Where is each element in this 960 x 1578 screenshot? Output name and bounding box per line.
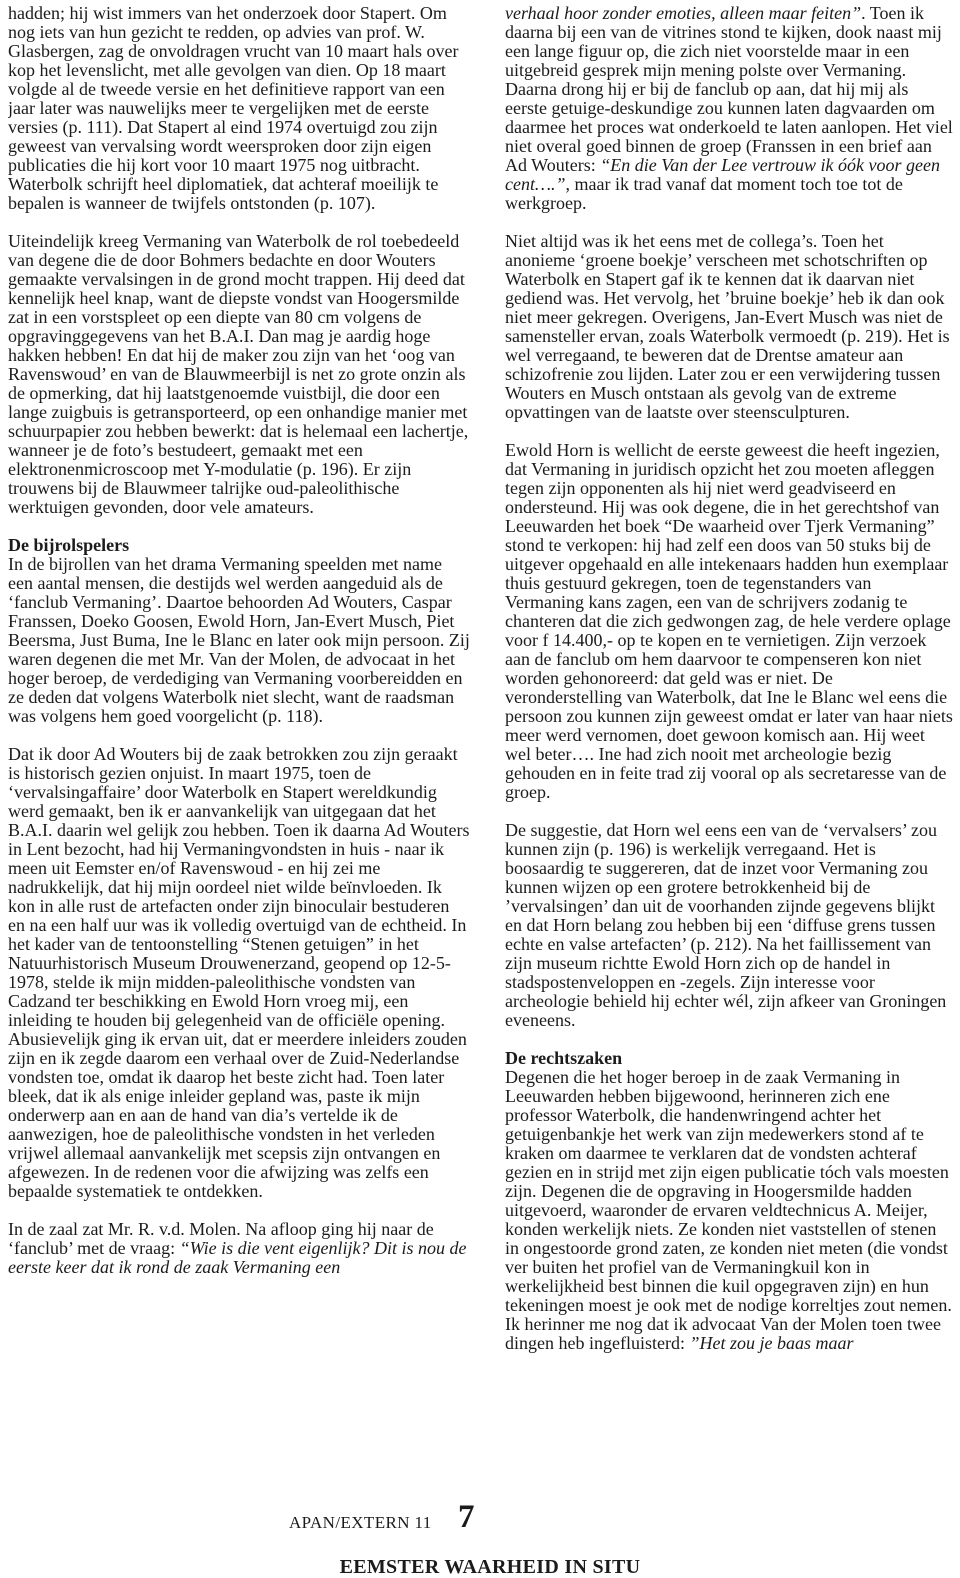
paragraph: In de zaal zat Mr. R. v.d. Molen. Na afl… xyxy=(8,1220,470,1277)
text-run: Uiteindelijk kreeg Vermaning van Waterbo… xyxy=(8,231,468,517)
text-run: Niet altijd was ik het eens met de colle… xyxy=(505,231,950,422)
paragraph: Degenen die het hoger beroep in de zaak … xyxy=(505,1068,954,1353)
section-heading: De bijrolspelers xyxy=(8,536,470,555)
text-run: De bijrolspelers xyxy=(8,535,129,555)
paragraph: In de bijrollen van het drama Vermaning … xyxy=(8,555,470,726)
paragraph: Uiteindelijk kreeg Vermaning van Waterbo… xyxy=(8,232,470,517)
text-run: verhaal hoor zonder emoties, alleen maar… xyxy=(505,4,861,23)
paragraph: Ewold Horn is wellicht de eerste geweest… xyxy=(505,441,954,802)
document-page: hadden; hij wist immers van het onderzoe… xyxy=(0,0,960,1578)
right-text-column: verhaal hoor zonder emoties, alleen maar… xyxy=(505,4,954,1500)
section-heading: De rechtszaken xyxy=(505,1049,954,1068)
text-run: Dat ik door Ad Wouters bij de zaak betro… xyxy=(8,744,470,1201)
page-number: 7 xyxy=(458,1499,475,1536)
text-run: ”Het zou je baas maar xyxy=(689,1333,853,1353)
paragraph: Dat ik door Ad Wouters bij de zaak betro… xyxy=(8,745,470,1201)
journal-label: APAN/EXTERN 11 xyxy=(289,1513,432,1533)
text-run: De rechtszaken xyxy=(505,1048,622,1068)
text-run: Degenen die het hoger beroep in de zaak … xyxy=(505,1067,952,1353)
running-title: EEMSTER WAARHEID IN SITU xyxy=(310,1556,670,1578)
paragraph: hadden; hij wist immers van het onderzoe… xyxy=(8,4,470,213)
text-run: . Toen ik daarna bij een van de vitrines… xyxy=(505,4,953,175)
text-run: hadden; hij wist immers van het onderzoe… xyxy=(8,4,459,213)
text-run: , maar ik trad vanaf dat moment toch toe… xyxy=(505,174,903,213)
text-run: In de bijrollen van het drama Vermaning … xyxy=(8,554,470,726)
text-run: De suggestie, dat Horn wel eens een van … xyxy=(505,820,946,1030)
paragraph: Niet altijd was ik het eens met de colle… xyxy=(505,232,954,422)
paragraph: De suggestie, dat Horn wel eens een van … xyxy=(505,821,954,1030)
text-run: Ewold Horn is wellicht de eerste geweest… xyxy=(505,440,953,802)
paragraph: verhaal hoor zonder emoties, alleen maar… xyxy=(505,4,954,213)
left-text-column: hadden; hij wist immers van het onderzoe… xyxy=(8,4,470,1500)
